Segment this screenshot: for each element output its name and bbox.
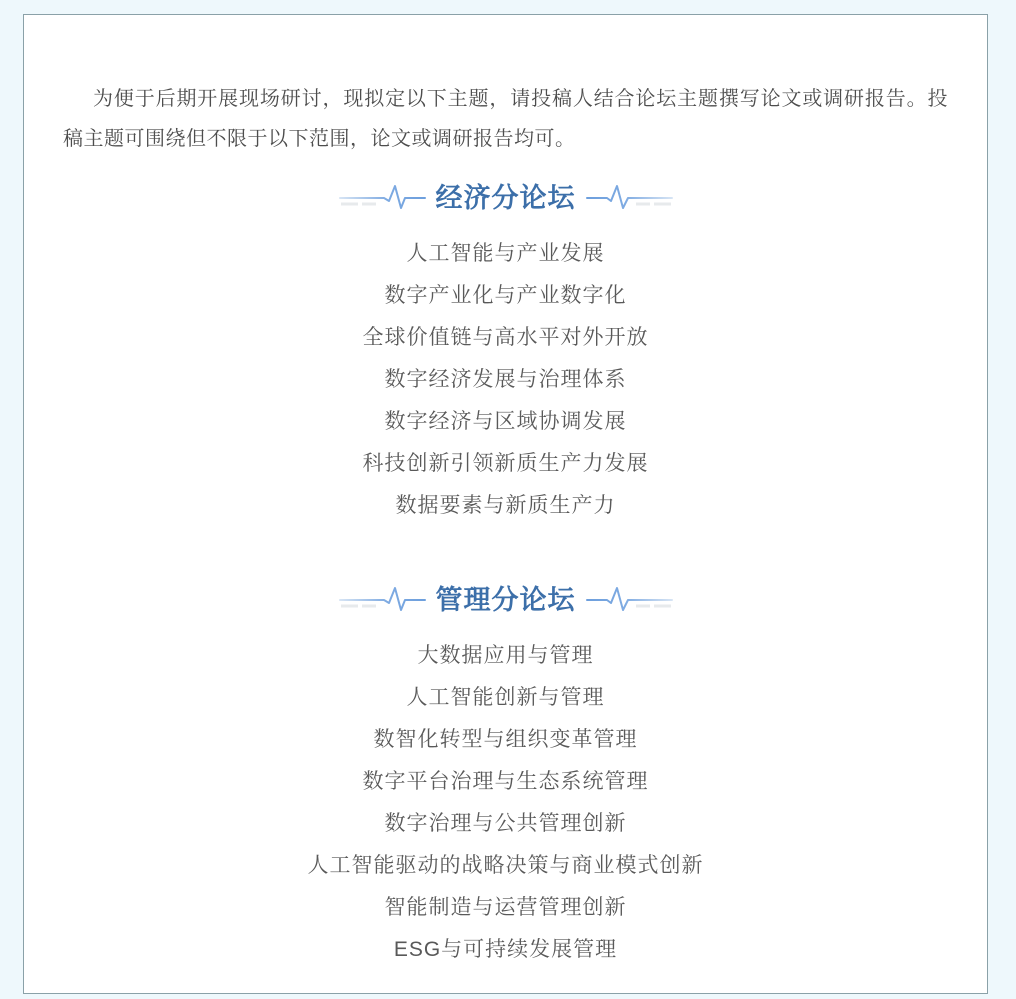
topic-item: 数字经济与区域协调发展 bbox=[63, 401, 948, 443]
section-title-economics: 经济分论坛 bbox=[436, 181, 576, 215]
topic-item: 数据要素与新质生产力 bbox=[63, 485, 948, 527]
topic-item: 智能制造与运营管理创新 bbox=[63, 887, 948, 929]
topic-item: 数字产业化与产业数字化 bbox=[63, 275, 948, 317]
pulse-line-left-icon bbox=[338, 183, 426, 213]
topic-item: 全球价值链与高水平对外开放 bbox=[63, 317, 948, 359]
section-header-economics: 经济分论坛 bbox=[63, 181, 948, 215]
topic-item: 人工智能与产业发展 bbox=[63, 233, 948, 275]
pulse-line-right-icon bbox=[586, 183, 674, 213]
section-header-management: 管理分论坛 bbox=[63, 583, 948, 617]
topic-item: 数字经济发展与治理体系 bbox=[63, 359, 948, 401]
topic-item: 数字治理与公共管理创新 bbox=[63, 803, 948, 845]
pulse-line-right-icon bbox=[586, 585, 674, 615]
topic-item: 科技创新引领新质生产力发展 bbox=[63, 443, 948, 485]
topic-item: ESG与可持续发展管理 bbox=[63, 929, 948, 971]
section-title-management: 管理分论坛 bbox=[436, 583, 576, 617]
topic-list-management: 大数据应用与管理 人工智能创新与管理 数智化转型与组织变革管理 数字平台治理与生… bbox=[63, 635, 948, 971]
topic-list-economics: 人工智能与产业发展 数字产业化与产业数字化 全球价值链与高水平对外开放 数字经济… bbox=[63, 233, 948, 527]
pulse-line-left-icon bbox=[338, 585, 426, 615]
topic-item: 人工智能驱动的战略决策与商业模式创新 bbox=[63, 845, 948, 887]
topic-item: 数字平台治理与生态系统管理 bbox=[63, 761, 948, 803]
topic-item: 大数据应用与管理 bbox=[63, 635, 948, 677]
topic-item: 数智化转型与组织变革管理 bbox=[63, 719, 948, 761]
article-panel: 为便于后期开展现场研讨，现拟定以下主题，请投稿人结合论坛主题撰写论文或调研报告。… bbox=[23, 14, 988, 994]
intro-paragraph: 为便于后期开展现场研讨，现拟定以下主题，请投稿人结合论坛主题撰写论文或调研报告。… bbox=[63, 79, 948, 159]
topic-item: 人工智能创新与管理 bbox=[63, 677, 948, 719]
